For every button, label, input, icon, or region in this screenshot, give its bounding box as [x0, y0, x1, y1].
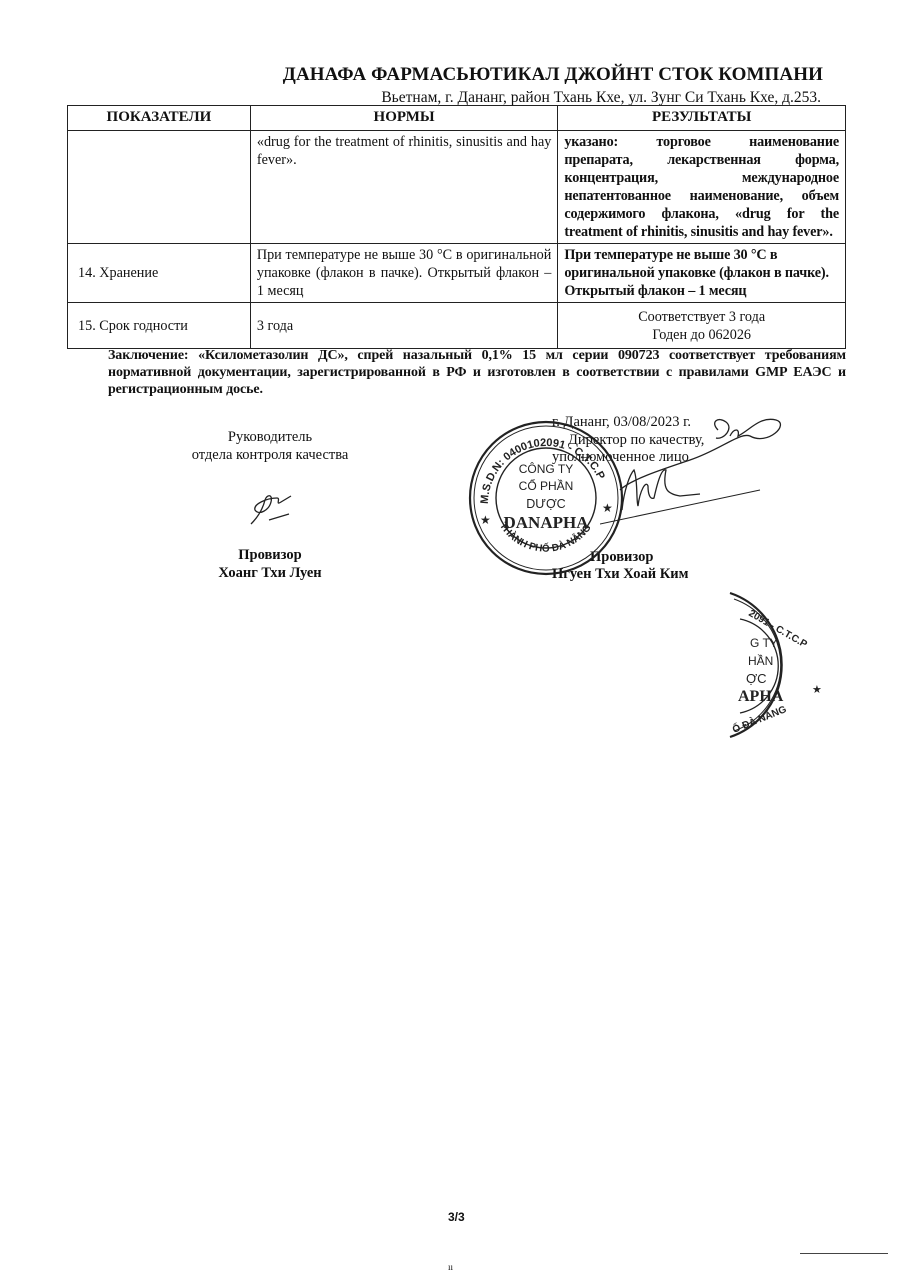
signature-right-icon [600, 410, 800, 530]
company-name: ДАНАФА ФАРМАСЬЮТИКАЛ ДЖОЙНТ СТОК КОМПАНИ [0, 64, 823, 86]
signatory-name: Хоанг Тхи Луен [160, 564, 380, 582]
svg-text:★: ★ [812, 684, 822, 696]
table-row: 15. Срок годности 3 года Соответствует 3… [68, 303, 846, 349]
signature-left-icon [245, 490, 305, 530]
footer-rule [800, 1253, 888, 1254]
indicator-cell: 14. Хранение [68, 244, 251, 303]
spec-table: ПОКАЗАТЕЛИ НОРМЫ РЕЗУЛЬТАТЫ «drug for th… [67, 105, 846, 349]
result-cell: Соответствует 3 года Годен до 062026 [558, 303, 846, 349]
svg-text:DƯỢC: DƯỢC [526, 497, 565, 511]
page-number: 3/3 [448, 1210, 465, 1224]
svg-text:G TY: G TY [750, 636, 778, 650]
column-header-results: РЕЗУЛЬТАТЫ [558, 106, 846, 131]
svg-text:APHA: APHA [738, 688, 784, 705]
svg-text:CÔNG TY: CÔNG TY [519, 461, 573, 476]
svg-text:CỔ PHẦN: CỔ PHẦN [519, 478, 574, 493]
table-row: 14. Хранение При температуре не выше 30 … [68, 244, 846, 303]
role: Провизор [160, 546, 380, 564]
left-signatory: Провизор Хоанг Тхи Луен [160, 546, 380, 582]
left-signatory-title: Руководитель отдела контроля качества [160, 428, 380, 464]
conclusion: Заключение: «Ксилометазолин ДС», спрей н… [108, 347, 846, 398]
conclusion-label: Заключение: [108, 348, 189, 363]
norm-cell: 3 года [250, 303, 558, 349]
indicator-cell: 15. Срок годности [68, 303, 251, 349]
norm-cell: «drug for the treatment of rhinitis, sin… [250, 131, 558, 244]
svg-text:Ố ĐÀ NẴNG: Ố ĐÀ NẴNG [730, 701, 789, 735]
conclusion-text: «Ксилометазолин ДС», спрей назальный 0,1… [108, 348, 846, 397]
column-header-norms: НОРМЫ [250, 106, 558, 131]
title-line: Руководитель [160, 428, 380, 446]
result-cell: При температуре не выше 30 °С в оригинал… [558, 244, 846, 303]
indicator-cell [68, 131, 251, 244]
result-line: Годен до 062026 [564, 326, 839, 344]
table-header-row: ПОКАЗАТЕЛИ НОРМЫ РЕЗУЛЬТАТЫ [68, 106, 846, 131]
table-row: «drug for the treatment of rhinitis, sin… [68, 131, 846, 244]
title-line: отдела контроля качества [160, 446, 380, 464]
result-cell: указано: торговое наименование препарата… [558, 131, 846, 244]
result-line: Соответствует 3 года [564, 308, 839, 326]
svg-text:ỢC: ỢC [746, 671, 767, 686]
partial-stamp-icon: 2091 - C.T.C.P G TY HẦN ỢC APHA ★ Ố ĐÀ N… [726, 585, 836, 745]
norm-cell: При температуре не выше 30 °С в оригинал… [250, 244, 558, 303]
svg-text:DANAPHA: DANAPHA [504, 513, 590, 532]
footer-mark: ıı [448, 1262, 453, 1272]
column-header-indicators: ПОКАЗАТЕЛИ [68, 106, 251, 131]
svg-text:HẦN: HẦN [748, 653, 773, 668]
svg-text:★: ★ [480, 513, 491, 527]
